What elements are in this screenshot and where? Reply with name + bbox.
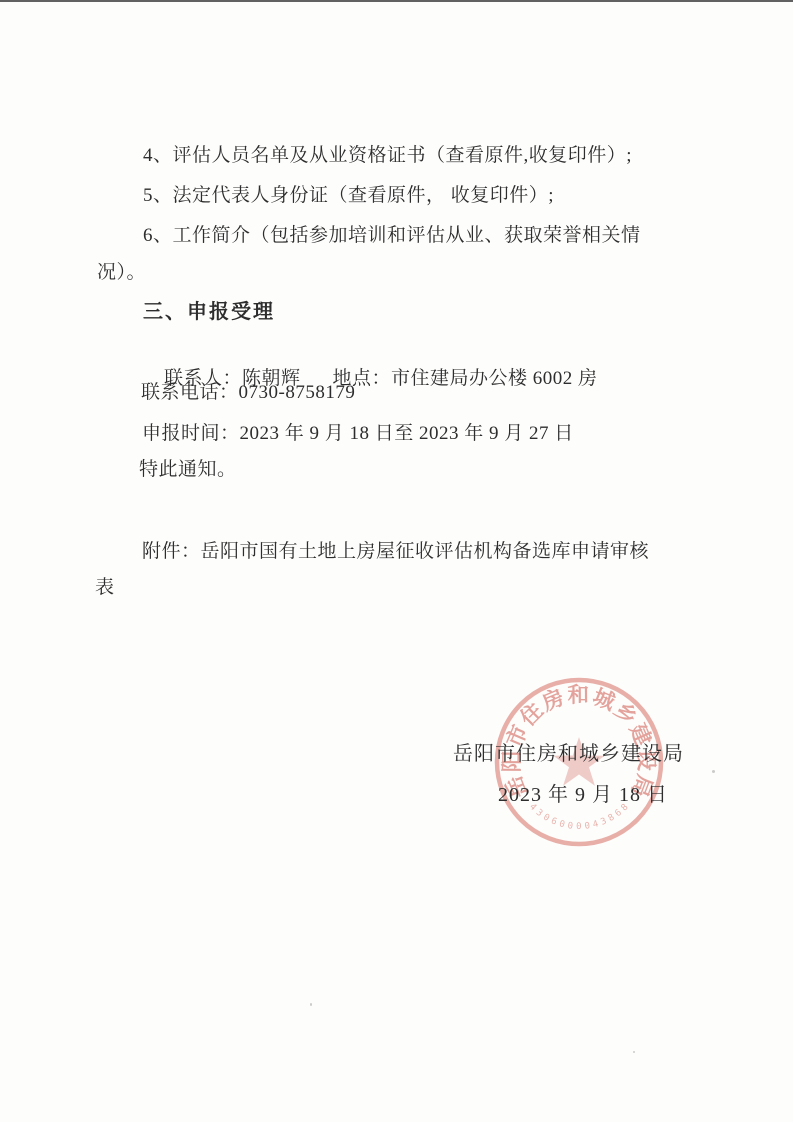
scanned-notice-page: 岳阳市住房和城乡建设局 4306000043868 4、评估人员名单及从业资格证… <box>0 0 793 1122</box>
signature-agency: 岳阳市住房和城乡建设局 <box>453 741 684 768</box>
scan-speck <box>310 1003 312 1006</box>
scan-speck <box>633 1051 635 1053</box>
section-heading: 三、申报受理 <box>143 299 275 326</box>
contact-location: 地点：市住建局办公楼 6002 房 <box>333 368 598 389</box>
list-item-6-line2: 况）。 <box>97 259 146 286</box>
list-item-6-line1: 6、工作简介（包括参加培训和评估从业、获取荣誉相关情 <box>143 222 641 249</box>
scan-speck <box>712 770 715 773</box>
list-item-5: 5、法定代表人身份证（查看原件， 收复印件）; <box>143 182 554 209</box>
signature-date: 2023 年 9 月 18 日 <box>498 782 668 809</box>
application-period: 申报时间：2023 年 9 月 18 日至 2023 年 9 月 27 日 <box>142 420 574 447</box>
closing-remark: 特此通知。 <box>139 456 237 483</box>
attachment-line1: 附件：岳阳市国有土地上房屋征收评估机构备选库申请审核 <box>142 538 649 565</box>
attachment-line2: 表 <box>95 574 115 601</box>
list-item-4: 4、评估人员名单及从业资格证书（查看原件,收复印件）; <box>143 142 632 169</box>
scan-edge-artifact <box>0 0 793 2</box>
contact-phone: 联系电话：0730-8758179 <box>141 379 355 406</box>
